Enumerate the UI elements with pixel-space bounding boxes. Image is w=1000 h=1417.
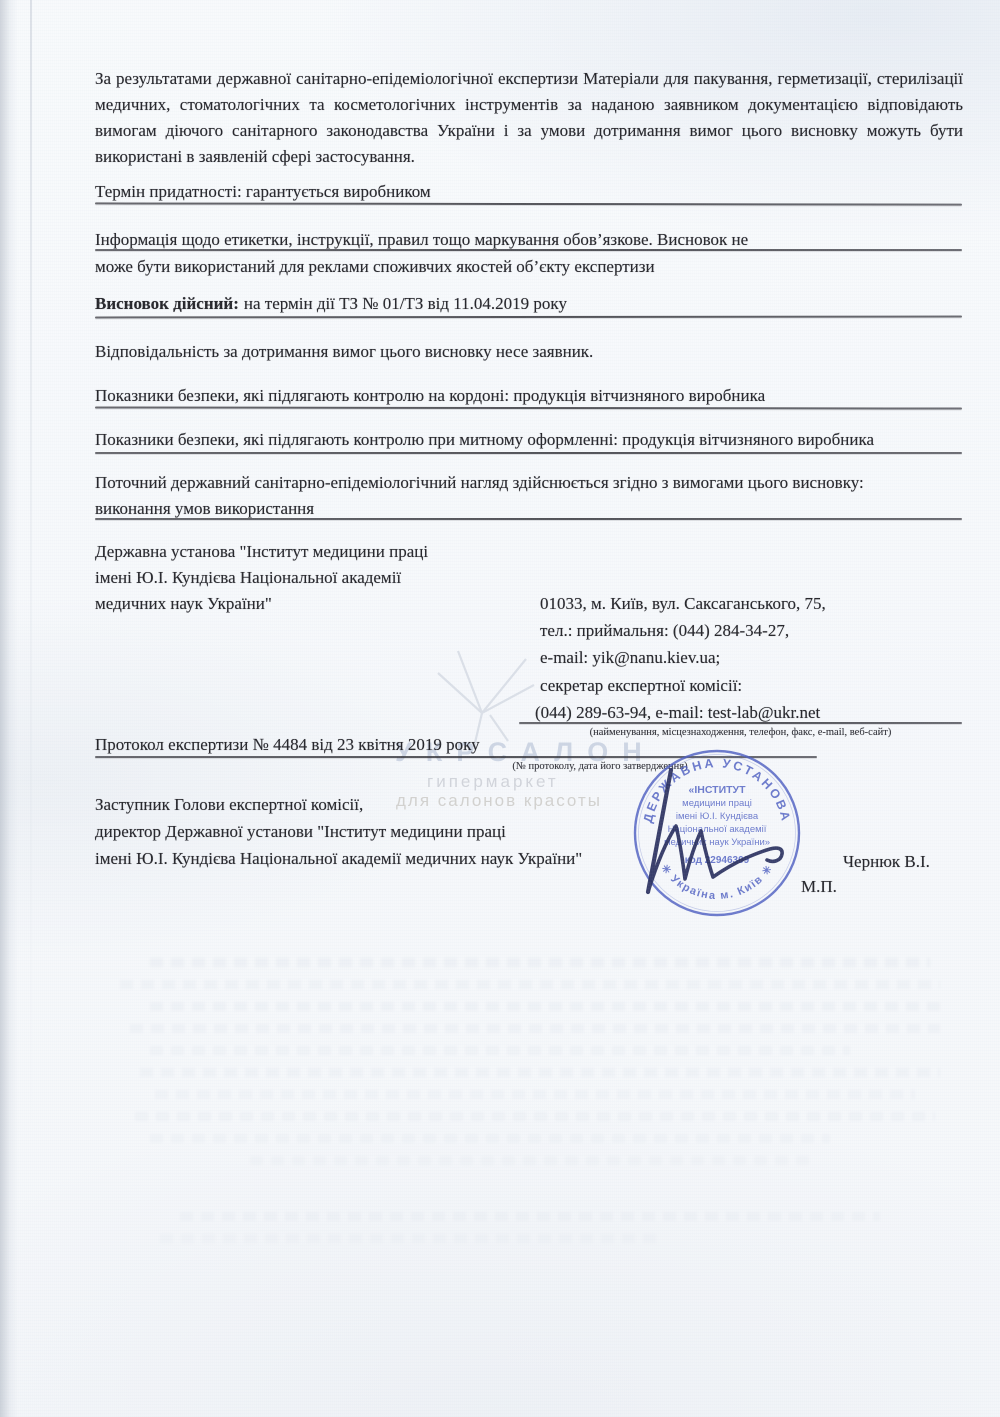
customs-control-line: Показники безпеки, які підлягають контро… (95, 427, 874, 453)
secretary-label: секретар експертної комісії: (540, 673, 742, 699)
institution-name-3: медичних наук України" (95, 591, 272, 617)
bleed-through-line (250, 1156, 810, 1165)
underline (95, 249, 962, 251)
bleed-through-line (180, 1212, 880, 1221)
scan-left-edge (0, 0, 18, 1417)
institution-address-1: 01033, м. Київ, вул. Саксаганського, 75, (540, 591, 826, 617)
underline (95, 406, 962, 409)
bleed-through-line (135, 1112, 935, 1121)
institution-address-3: e-mail: yik@nanu.kiev.ua; (540, 645, 720, 671)
bleed-through-line (140, 1068, 940, 1077)
validity-line: Висновок дійсний:на термін дії ТЗ № 01/Т… (95, 291, 567, 317)
approver-position-2: директор Державної установи "Інститут ме… (95, 819, 506, 845)
intro-paragraph: За результатами державної санітарно-епід… (95, 66, 963, 170)
label-info-line-2: може бути використаний для реклами спожи… (95, 254, 655, 280)
institution-name-1: Державна установа "Інститут медицини пра… (95, 539, 428, 565)
bleed-through-line (155, 1090, 915, 1099)
watermark-subtitle-2: для салонов красоты (396, 791, 602, 811)
protocol-line: Протокол експертизи № 4484 від 23 квітня… (95, 732, 480, 758)
underline (519, 722, 962, 724)
bleed-through-line (150, 958, 930, 967)
handwritten-signature (615, 760, 825, 910)
validity-text: на термін дії ТЗ № 01/ТЗ від 11.04.2019 … (244, 294, 567, 313)
validity-label: Висновок дійсний: (95, 294, 239, 313)
underline (95, 518, 962, 520)
underline (95, 202, 962, 205)
institution-name-2: імені Ю.І. Кундієва Національної академі… (95, 565, 401, 591)
border-control-line: Показники безпеки, які підлягають контро… (95, 383, 765, 409)
institution-address-2: тел.: приймальня: (044) 284-34-27, (540, 618, 789, 644)
supervision-line-1: Поточний державний санітарно-епідеміолог… (95, 470, 864, 496)
underline (95, 452, 962, 454)
bleed-through-line (160, 1234, 660, 1243)
bleed-through-line (130, 1024, 940, 1033)
bleed-through-line (150, 1002, 940, 1011)
bleed-through-line (120, 980, 940, 989)
bleed-through-line (150, 1134, 830, 1143)
contact-caption: (найменування, місцезнаходження, телефон… (519, 726, 962, 739)
watermark-subtitle-1: гипермаркет (427, 772, 559, 792)
underline (95, 316, 962, 319)
approver-position-3: імені Ю.І. Кундієва Національної академі… (95, 846, 582, 872)
scanned-document-page: УКРСАЛОН гипермаркет для салонов красоты… (0, 0, 1000, 1417)
bleed-through-line (150, 1046, 850, 1055)
scan-fold-line (30, 0, 32, 1417)
approver-position-1: Заступник Голови експертної комісії, (95, 792, 363, 818)
shelf-life-line: Термін придатності: гарантується виробни… (95, 179, 431, 205)
signer-name: Чернюк В.І. (843, 849, 930, 875)
responsibility-line: Відповідальність за дотримання вимог цьо… (95, 339, 593, 365)
